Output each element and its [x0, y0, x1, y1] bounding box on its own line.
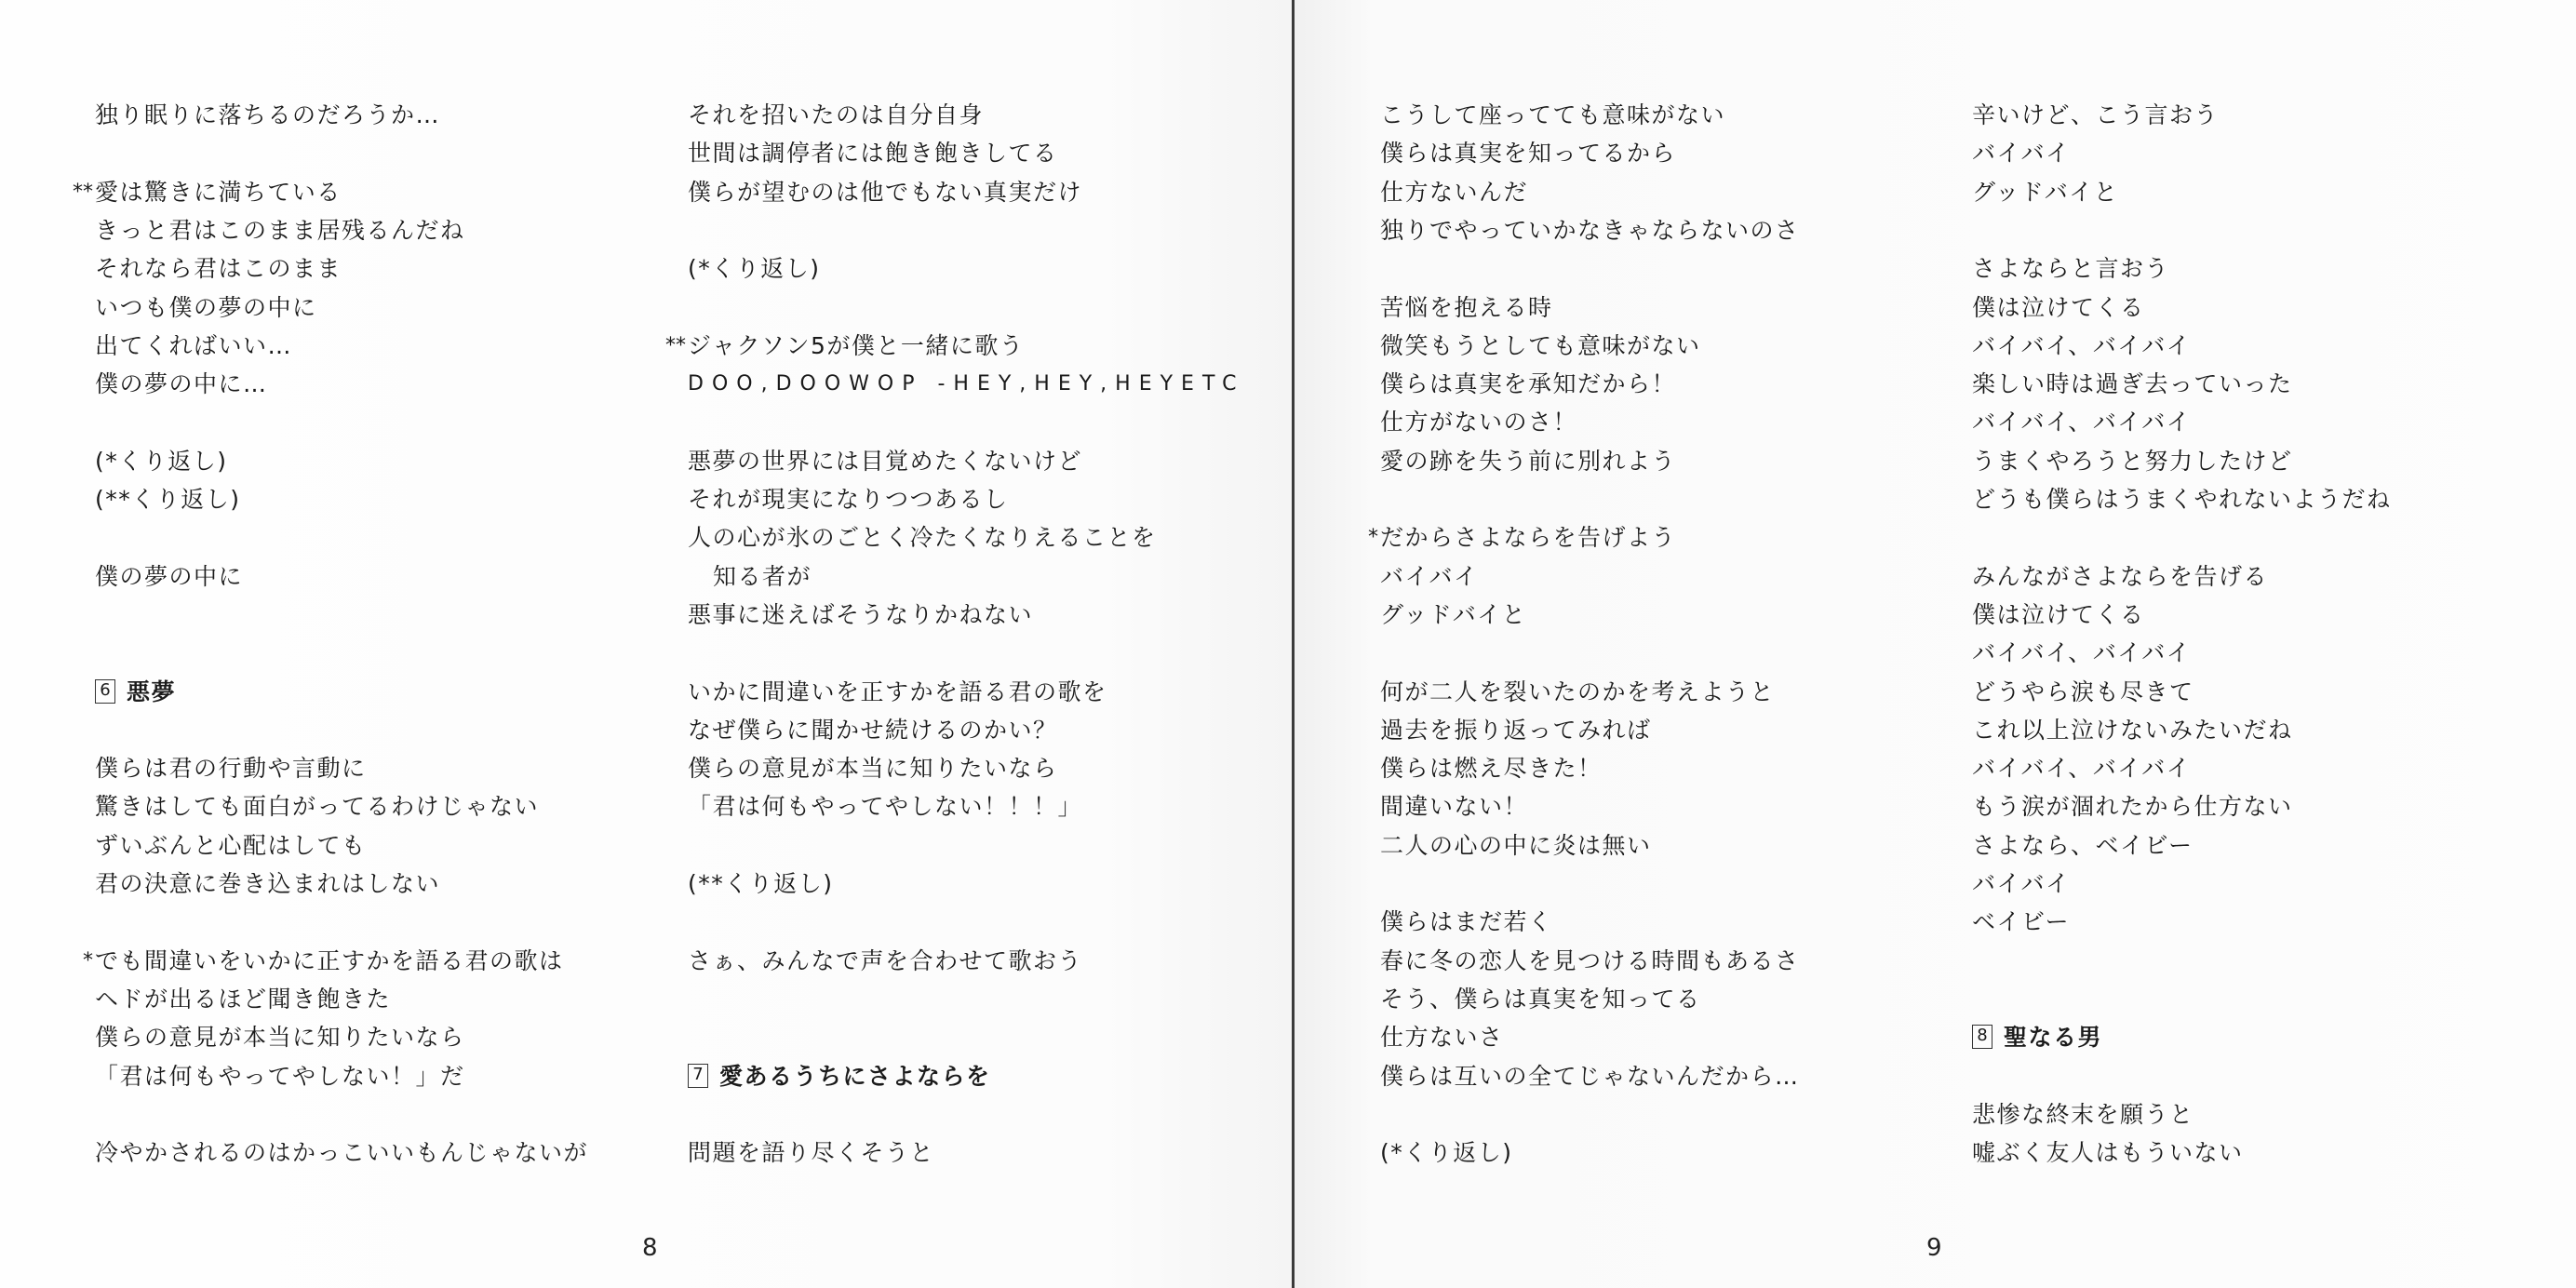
lyric-text: 冷やかされるのはかっこいいもんじゃないが	[95, 1139, 588, 1166]
lyric-line: 仕方がないのさ！	[1380, 404, 1577, 441]
lyric-line: *だからさよならを告げよう	[1380, 519, 1676, 557]
lyric-text: これ以上泣けないみたいだね	[1972, 717, 2293, 744]
lyric-line: さよならと言おう	[1972, 250, 2169, 288]
page-9: こうして座ってても意味がない僕らは真実を知ってるから仕方ないんだ独りでやっていか…	[1295, 0, 2576, 1288]
lyric-line: **ジャクソン5が僕と一緒に歌う	[688, 328, 1024, 365]
page-number: 8	[642, 1234, 658, 1262]
lyric-line: それなら君はこのまま	[95, 250, 342, 288]
lyric-line: 僕の夢の中に	[95, 558, 243, 596]
lyric-line: みんながさよならを告げる	[1972, 558, 2268, 596]
lyric-text: なぜ僕らに聞かせ続けるのかい？	[688, 717, 1058, 744]
repeat-marker: **	[73, 174, 93, 211]
lyric-line: もう涙が涸れたから仕方ない	[1972, 788, 2293, 825]
lyric-text: 独り眠りに落ちるのだろうか…	[95, 101, 440, 128]
lyric-line: 僕らの意見が本当に知りたいなら	[688, 750, 1058, 787]
lyric-line: バイバイ、バイバイ	[1972, 404, 2191, 441]
lyric-text: (**くり返し)	[688, 870, 834, 897]
lyric-line: それを招いたのは自分自身	[688, 97, 984, 134]
lyric-line: さよなら、ベイビー	[1972, 827, 2194, 865]
lyric-text: 独りでやっていかなきゃならないのさ	[1380, 217, 1800, 244]
lyric-line: (**くり返し)	[95, 481, 241, 518]
lyric-text: 問題を語り尽くそうと	[688, 1139, 934, 1166]
lyric-text: 僕らはまだ若く	[1380, 908, 1553, 935]
lyric-text: 知る者が	[713, 563, 812, 590]
lyric-line: 僕らはまだ若く	[1380, 904, 1553, 941]
lyric-text: バイバイ、バイバイ	[1972, 639, 2191, 666]
lyric-text: 出てくればいい…	[95, 332, 292, 359]
lyric-text: 僕らが望むのは他でもない真実だけ	[688, 179, 1082, 206]
lyric-line: 僕の夢の中に…	[95, 366, 268, 403]
lyric-line: バイバイ	[1972, 135, 2071, 172]
lyric-text: でも間違いをいかに正すかを語る君の歌は	[95, 947, 564, 974]
lyric-text: グッドバイと	[1972, 179, 2118, 206]
lyric-line: どうも僕らはうまくやれないようだね	[1972, 481, 2392, 518]
lyric-text: バイバイ	[1972, 870, 2071, 897]
lyric-text: 悲惨な終末を願うと	[1972, 1101, 2194, 1128]
lyric-line: いつも僕の夢の中に	[95, 289, 317, 327]
lyric-text: さぁ、みんなで声を合わせて歌おう	[688, 947, 1082, 974]
repeat-marker: **	[665, 328, 686, 365]
lyric-line: ずいぶんと心配はしても	[95, 827, 367, 865]
lyric-line: ヘドが出るほど聞き飽きた	[95, 981, 391, 1018]
lyric-line: それが現実になりつつあるし	[688, 481, 1009, 518]
lyric-line: 二人の心の中に炎は無い	[1380, 827, 1652, 865]
lyric-text: そう、僕らは真実を知ってる	[1380, 986, 1701, 1013]
booklet-spread: 独り眠りに落ちるのだろうか…**愛は驚きに満ちているきっと君はこのまま居残るんだ…	[0, 0, 2576, 1288]
lyric-line: 僕は泣けてくる	[1972, 597, 2145, 634]
lyric-text: 世間は調停者には飽き飽きしてる	[688, 140, 1058, 167]
lyric-line: (**くり返し)	[688, 865, 834, 903]
lyric-line: 僕らが望むのは他でもない真実だけ	[688, 174, 1082, 211]
lyric-text: 嘘ぶく友人はもういない	[1972, 1139, 2244, 1166]
lyric-line: DOO,DOOWOP -HEY,HEY,HEYETC	[688, 366, 1244, 403]
lyric-text: だからさよならを告げよう	[1380, 524, 1676, 551]
lyric-text: さよならと言おう	[1972, 255, 2169, 282]
lyric-line: 微笑もうとしても意味がない	[1380, 328, 1701, 365]
lyric-text: どうやら涙も尽きて	[1972, 678, 2194, 705]
lyrics-column-2: それを招いたのは自分自身世間は調停者には飽き飽きしてる僕らが望むのは他でもない真…	[688, 0, 1265, 1210]
song-title-text: 愛あるうちにさよならを	[719, 1063, 991, 1090]
lyric-text: (*くり返し)	[1380, 1139, 1513, 1166]
lyric-line: 春に冬の恋人を見つける時間もあるさ	[1380, 943, 1800, 980]
lyric-text: 辛いけど、こう言おう	[1972, 101, 2219, 128]
lyric-line: 楽しい時は過ぎ去っていった	[1972, 366, 2293, 403]
track-number-box: 6	[95, 679, 115, 704]
lyric-line: バイバイ	[1380, 558, 1479, 596]
song-title: 7愛あるうちにさよならを	[688, 1058, 991, 1095]
lyric-text: 過去を振り返ってみれば	[1380, 717, 1652, 744]
lyrics-column-1: 独り眠りに落ちるのだろうか…**愛は驚きに満ちているきっと君はこのまま居残るんだ…	[95, 0, 672, 1210]
song-title-text: 悪夢	[127, 678, 176, 705]
lyric-text: みんながさよならを告げる	[1972, 563, 2268, 590]
lyric-text: ヘドが出るほど聞き飽きた	[95, 986, 391, 1013]
lyric-text: もう涙が涸れたから仕方ない	[1972, 793, 2293, 820]
lyric-line: グッドバイと	[1972, 174, 2118, 211]
lyric-text: 僕の夢の中に	[95, 563, 243, 590]
lyric-line: (*くり返し)	[95, 443, 228, 480]
lyric-text: それなら君はこのまま	[95, 255, 342, 282]
lyric-text: 春に冬の恋人を見つける時間もあるさ	[1380, 947, 1800, 974]
lyric-line: 君の決意に巻き込まれはしない	[95, 865, 440, 903]
lyric-line: バイバイ、バイバイ	[1972, 328, 2191, 365]
lyric-text: どうも僕らはうまくやれないようだね	[1972, 486, 2392, 513]
lyric-line: 僕らの意見が本当に知りたいなら	[95, 1019, 465, 1056]
lyric-text: ジャクソン5が僕と一緒に歌う	[688, 332, 1024, 359]
lyric-line: 仕方ないんだ	[1380, 174, 1528, 211]
repeat-marker: *	[1368, 519, 1378, 557]
lyric-text: それを招いたのは自分自身	[688, 101, 984, 128]
lyric-text: 「君は何もやってやしない！！！」	[688, 793, 1082, 820]
lyric-text: 僕らは互いの全てじゃないんだから…	[1380, 1063, 1800, 1090]
lyric-text: バイバイ	[1380, 563, 1479, 590]
lyric-line: うまくやろうと努力したけど	[1972, 443, 2293, 480]
lyric-text: いつも僕の夢の中に	[95, 294, 317, 321]
lyric-line: これ以上泣けないみたいだね	[1972, 712, 2293, 749]
lyric-text: こうして座ってても意味がない	[1380, 101, 1725, 128]
lyrics-column-2: 辛いけど、こう言おうバイバイグッドバイとさよならと言おう僕は泣けてくるバイバイ、…	[1972, 0, 2549, 1210]
lyric-line: 独りでやっていかなきゃならないのさ	[1380, 212, 1800, 249]
lyric-line: きっと君はこのまま居残るんだね	[95, 212, 465, 249]
lyric-line: 独り眠りに落ちるのだろうか…	[95, 97, 440, 134]
lyric-line: 出てくればいい…	[95, 328, 292, 365]
lyric-line: 愛の跡を失う前に別れよう	[1380, 443, 1676, 480]
lyric-text: うまくやろうと努力したけど	[1972, 448, 2293, 475]
lyric-line: グッドバイと	[1380, 597, 1526, 634]
lyric-line: 仕方ないさ	[1380, 1019, 1504, 1056]
lyric-line: バイバイ	[1972, 865, 2071, 903]
lyric-line: 何が二人を裂いたのかを考えようと	[1380, 674, 1775, 711]
page-8: 独り眠りに落ちるのだろうか…**愛は驚きに満ちているきっと君はこのまま居残るんだ…	[0, 0, 1293, 1288]
lyric-line: 苦悩を抱える時	[1380, 289, 1553, 327]
lyric-line: こうして座ってても意味がない	[1380, 97, 1725, 134]
lyric-text: 僕らは燃え尽きた！	[1380, 755, 1603, 782]
lyric-text: 人の心が氷のごとく冷たくなりえることを	[688, 524, 1157, 551]
track-number-box: 8	[1972, 1025, 1992, 1049]
lyric-line: どうやら涙も尽きて	[1972, 674, 2194, 711]
lyric-text: 僕らは真実を承知だから！	[1380, 370, 1676, 397]
lyric-line: (*くり返し)	[1380, 1134, 1513, 1172]
lyric-line: 僕らは互いの全てじゃないんだから…	[1380, 1058, 1800, 1095]
lyric-line: そう、僕らは真実を知ってる	[1380, 981, 1701, 1018]
lyric-text: (*くり返し)	[688, 255, 821, 282]
lyric-line: 問題を語り尽くそうと	[688, 1134, 934, 1172]
lyric-text: 僕の夢の中に…	[95, 370, 268, 397]
lyric-line: 僕らは燃え尽きた！	[1380, 750, 1603, 787]
lyric-line: 知る者が	[688, 558, 812, 596]
lyric-text: バイバイ、バイバイ	[1972, 332, 2191, 359]
lyric-line: バイバイ、バイバイ	[1972, 750, 2191, 787]
lyric-text: 「君は何もやってやしない！」だ	[95, 1063, 465, 1090]
lyric-text: 微笑もうとしても意味がない	[1380, 332, 1701, 359]
lyric-text: 僕は泣けてくる	[1972, 601, 2145, 628]
lyric-text: ずいぶんと心配はしても	[95, 832, 367, 859]
lyric-text: (**くり返し)	[95, 486, 241, 513]
lyric-text: 僕らの意見が本当に知りたいなら	[688, 755, 1058, 782]
lyric-text: 何が二人を裂いたのかを考えようと	[1380, 678, 1775, 705]
lyric-line: 驚きはしても面白がってるわけじゃない	[95, 788, 539, 825]
lyric-text: グッドバイと	[1380, 601, 1526, 628]
lyric-line: 間違いない！	[1380, 788, 1528, 825]
lyric-line: 僕らは真実を承知だから！	[1380, 366, 1676, 403]
lyric-text: 二人の心の中に炎は無い	[1380, 832, 1652, 859]
lyric-line: 「君は何もやってやしない！」だ	[95, 1058, 465, 1095]
lyric-text: 苦悩を抱える時	[1380, 294, 1553, 321]
lyric-line: *でも間違いをいかに正すかを語る君の歌は	[95, 943, 564, 980]
lyric-line: 悪夢の世界には目覚めたくないけど	[688, 443, 1082, 480]
lyric-text: いかに間違いを正すかを語る君の歌を	[688, 678, 1107, 705]
song-title: 6悪夢	[95, 674, 176, 711]
lyric-text: バイバイ、バイバイ	[1972, 409, 2191, 436]
lyric-line: 嘘ぶく友人はもういない	[1972, 1134, 2244, 1172]
lyric-text: 仕方ないんだ	[1380, 179, 1528, 206]
lyric-text: 仕方ないさ	[1380, 1024, 1504, 1051]
song-title: 8聖なる男	[1972, 1019, 2102, 1056]
lyric-line: 僕らは君の行動や言動に	[95, 750, 367, 787]
song-title-text: 聖なる男	[2004, 1024, 2102, 1051]
lyric-line: 「君は何もやってやしない！！！」	[688, 788, 1082, 825]
lyric-text: さよなら、ベイビー	[1972, 832, 2194, 859]
lyric-text: 愛は驚きに満ちている	[95, 179, 342, 206]
lyric-text: 僕らは君の行動や言動に	[95, 755, 367, 782]
track-number-box: 7	[688, 1064, 708, 1088]
lyric-line: 僕らは真実を知ってるから	[1380, 135, 1676, 172]
page-number: 9	[1926, 1234, 1942, 1262]
lyric-text: ベイビー	[1972, 908, 2070, 935]
lyric-text: (*くり返し)	[95, 448, 228, 475]
lyric-line: 世間は調停者には飽き飽きしてる	[688, 135, 1058, 172]
lyric-text: DOO,DOOWOP -HEY,HEY,HEYETC	[688, 372, 1244, 396]
lyric-line: 人の心が氷のごとく冷たくなりえることを	[688, 519, 1157, 557]
lyric-text: それが現実になりつつあるし	[688, 486, 1009, 513]
lyric-line: 過去を振り返ってみれば	[1380, 712, 1652, 749]
lyric-text: 悪夢の世界には目覚めたくないけど	[688, 448, 1082, 475]
lyric-line: 冷やかされるのはかっこいいもんじゃないが	[95, 1134, 588, 1172]
lyric-text: バイバイ、バイバイ	[1972, 755, 2191, 782]
lyric-text: 楽しい時は過ぎ去っていった	[1972, 370, 2293, 397]
lyric-text: 愛の跡を失う前に別れよう	[1380, 448, 1676, 475]
lyric-text: 悪事に迷えばそうなりかねない	[688, 601, 1033, 628]
repeat-marker: *	[83, 943, 93, 980]
lyric-text: 僕らの意見が本当に知りたいなら	[95, 1024, 465, 1051]
lyric-text: 僕らは真実を知ってるから	[1380, 140, 1676, 167]
lyric-text: 僕は泣けてくる	[1972, 294, 2145, 321]
lyric-line: (*くり返し)	[688, 250, 821, 288]
lyric-text: 驚きはしても面白がってるわけじゃない	[95, 793, 539, 820]
lyric-line: 悲惨な終末を願うと	[1972, 1096, 2194, 1134]
lyric-text: 間違いない！	[1380, 793, 1528, 820]
lyric-text: 君の決意に巻き込まれはしない	[95, 870, 440, 897]
lyric-text: 仕方がないのさ！	[1380, 409, 1577, 436]
lyric-line: 悪事に迷えばそうなりかねない	[688, 597, 1033, 634]
lyric-line: さぁ、みんなで声を合わせて歌おう	[688, 943, 1082, 980]
lyric-line: バイバイ、バイバイ	[1972, 635, 2191, 672]
lyric-text: バイバイ	[1972, 140, 2071, 167]
lyric-line: いかに間違いを正すかを語る君の歌を	[688, 674, 1107, 711]
lyric-text: きっと君はこのまま居残るんだね	[95, 217, 465, 244]
lyric-line: ベイビー	[1972, 904, 2070, 941]
lyric-line: 僕は泣けてくる	[1972, 289, 2145, 327]
lyrics-column-1: こうして座ってても意味がない僕らは真実を知ってるから仕方ないんだ独りでやっていか…	[1380, 0, 1957, 1210]
lyric-line: なぜ僕らに聞かせ続けるのかい？	[688, 712, 1058, 749]
lyric-line: 辛いけど、こう言おう	[1972, 97, 2219, 134]
lyric-line: **愛は驚きに満ちている	[95, 174, 342, 211]
